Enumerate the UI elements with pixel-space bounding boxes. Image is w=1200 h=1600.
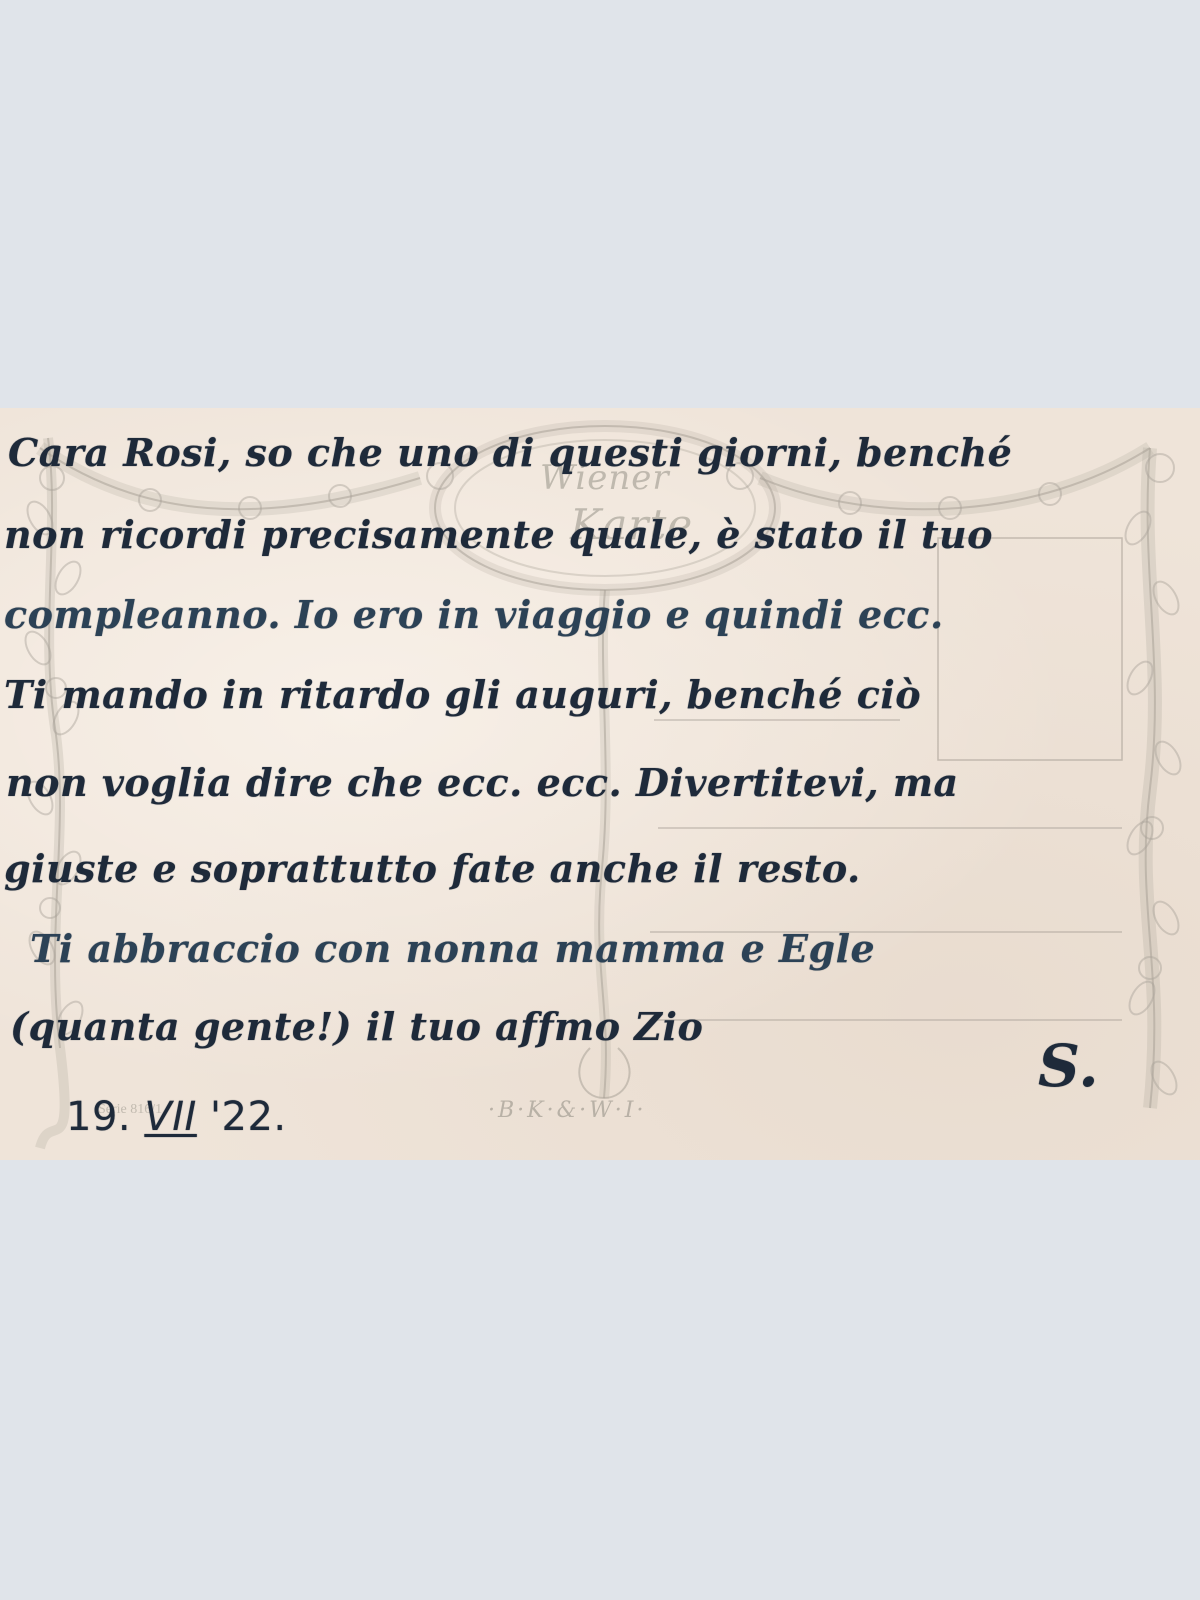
date-month-roman: VII — [144, 1094, 196, 1140]
letter-date: 19. VII '22. — [66, 1094, 287, 1140]
letter-line-4: Ti mando in ritardo gli auguri, benché c… — [4, 672, 921, 717]
letter-line-3: compleanno. Io ero in viaggio e quindi e… — [4, 592, 944, 637]
postcard: Wiener Karte ·B·K·&·W·I· Serie 816/1 Car… — [0, 408, 1200, 1160]
letter-line-7: Ti abbraccio con nonna mamma e Egle — [30, 926, 875, 971]
letter-line-5: non voglia dire che ecc. ecc. Divertitev… — [6, 760, 959, 805]
date-day: 19. — [66, 1094, 131, 1140]
letter-line-8: (quanta gente!) il tuo affmo Zio — [10, 1004, 703, 1049]
letter-line-2: non ricordi precisamente quale, è stato … — [4, 512, 993, 557]
date-year: '22. — [210, 1094, 287, 1140]
letter-line-1: Cara Rosi, so che uno di questi giorni, … — [8, 430, 1012, 475]
signature: S. — [1038, 1032, 1099, 1100]
stamp-box — [938, 538, 1122, 760]
letter-line-6: giuste e soprattutto fate anche il resto… — [4, 846, 861, 891]
publisher-mark: ·B·K·&·W·I· — [488, 1098, 646, 1123]
